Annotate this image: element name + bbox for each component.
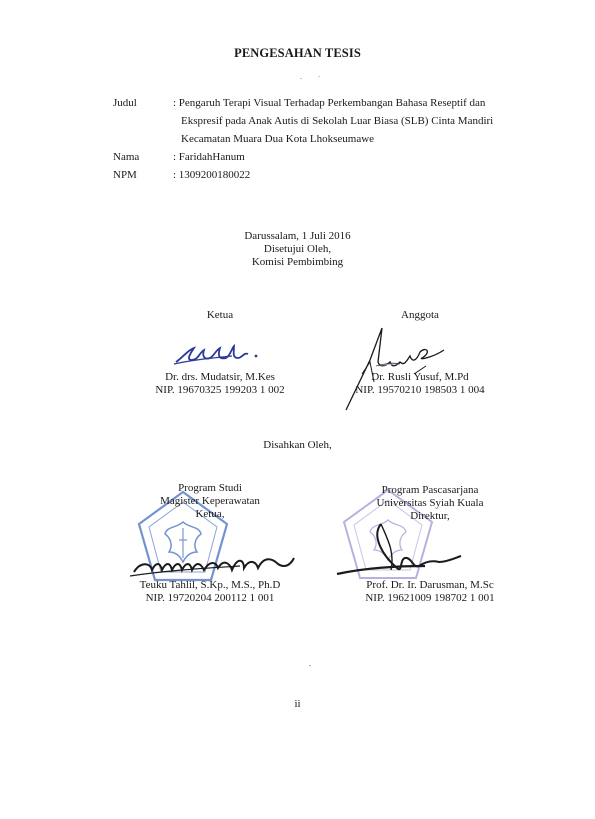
signature-direktur-icon — [335, 522, 470, 582]
npm-label: NPM — [113, 167, 137, 185]
ketua-signature-block: Dr. drs. Mudatsir, M.Kes NIP. 19670325 1… — [120, 371, 320, 397]
ketua-nip: NIP. 19670325 199203 1 002 — [120, 384, 320, 397]
supervisor-ketua: Ketua — [120, 309, 320, 322]
prodi-signature-block: Teuku Tahlil, S.Kp., M.S., Ph.D NIP. 197… — [110, 579, 310, 605]
document-title: PENGESAHAN TESIS — [0, 46, 595, 61]
judul-row-cont: Ekspresif pada Anak Autis di Sekolah Lua… — [0, 113, 595, 131]
judul-row-cont: Kecamatan Muara Dua Kota Lhokseumawe — [0, 131, 595, 149]
signature-anggota-icon — [340, 322, 450, 412]
pascasarjana-block: Program Pascasarjana Universitas Syiah K… — [320, 484, 540, 523]
page-number: ii — [0, 698, 595, 710]
approval-block: Darussalam, 1 Juli 2016 Disetujui Oleh, … — [0, 230, 595, 269]
judul-label: Judul — [113, 95, 137, 113]
anggota-role: Anggota — [320, 309, 520, 322]
pascasarjana-line1: Program Pascasarjana — [320, 484, 540, 497]
supervisor-anggota: Anggota — [320, 309, 520, 322]
nama-row: Nama : FaridahHanum — [0, 149, 595, 167]
nama-label: Nama — [113, 149, 139, 167]
ketua-role: Ketua — [120, 309, 320, 322]
npm-value: : 1309200180022 — [173, 167, 250, 185]
approved-by: Disetujui Oleh, — [0, 243, 595, 256]
prodi-head-nip: NIP. 19720204 200112 1 001 — [110, 592, 310, 605]
ratification-heading: Disahkan Oleh, — [0, 439, 595, 452]
prodi-line3: Ketua, — [110, 508, 310, 521]
anggota-name: Dr. Rusli Yusuf, M.Pd — [320, 371, 520, 384]
scan-speck — [309, 665, 311, 666]
signature-prodi-icon — [130, 548, 300, 580]
judul-row: Judul : Pengaruh Terapi Visual Terhadap … — [0, 95, 595, 113]
anggota-signature-block: Dr. Rusli Yusuf, M.Pd NIP. 19570210 1985… — [320, 371, 520, 397]
anggota-nip: NIP. 19570210 198503 1 004 — [320, 384, 520, 397]
direktur-signature-block: Prof. Dr. Ir. Darusman, M.Sc NIP. 196210… — [320, 579, 540, 605]
committee: Komisi Pembimbing — [0, 256, 595, 269]
scan-speck — [300, 78, 302, 79]
pascasarjana-line2: Universitas Syiah Kuala — [320, 497, 540, 510]
ketua-name: Dr. drs. Mudatsir, M.Kes — [120, 371, 320, 384]
prodi-line1: Program Studi — [110, 482, 310, 495]
scan-speck — [318, 76, 320, 77]
judul-value-line3: Kecamatan Muara Dua Kota Lhokseumawe — [181, 131, 374, 149]
npm-row: NPM : 1309200180022 — [0, 167, 595, 185]
nama-value: : FaridahHanum — [173, 149, 245, 167]
place-date: Darussalam, 1 Juli 2016 — [0, 230, 595, 243]
prodi-line2: Magister Keperawatan — [110, 495, 310, 508]
prodi-block: Program Studi Magister Keperawatan Ketua… — [110, 482, 310, 521]
judul-value-line1: : Pengaruh Terapi Visual Terhadap Perkem… — [173, 95, 485, 113]
direktur-nip: NIP. 19621009 198702 1 001 — [320, 592, 540, 605]
judul-value-line2: Ekspresif pada Anak Autis di Sekolah Lua… — [181, 113, 493, 131]
signature-ketua-icon — [172, 340, 262, 368]
direktur-name: Prof. Dr. Ir. Darusman, M.Sc — [320, 579, 540, 592]
prodi-head-name: Teuku Tahlil, S.Kp., M.S., Ph.D — [110, 579, 310, 592]
